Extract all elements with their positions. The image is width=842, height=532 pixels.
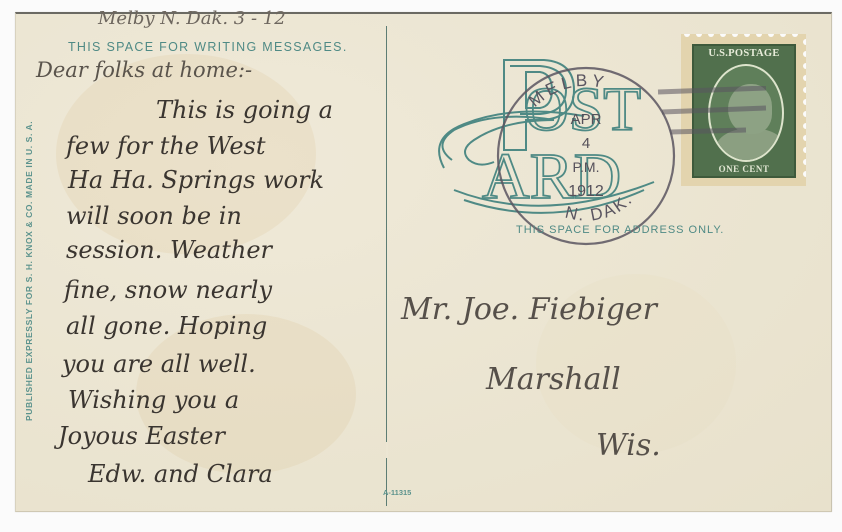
message-line: This is going a bbox=[156, 96, 333, 124]
cancellation-bars bbox=[656, 86, 776, 146]
message-line: all gone. Hoping bbox=[66, 312, 267, 340]
center-divider-line bbox=[386, 26, 387, 506]
svg-text:4: 4 bbox=[582, 135, 590, 152]
message-space-header: THIS SPACE FOR WRITING MESSAGES. bbox=[68, 40, 348, 54]
message-line: will soon be in bbox=[66, 202, 242, 230]
message-line: fine, snow nearly bbox=[64, 276, 272, 304]
message-line: session. Weather bbox=[66, 236, 272, 264]
svg-text:MELBY: MELBY bbox=[525, 71, 609, 111]
handwritten-dateline: Melby N. Dak. 3 - 12 bbox=[98, 8, 286, 29]
message-line: Joyous Easter bbox=[58, 422, 225, 450]
address-name: Mr. Joe. Fiebiger bbox=[401, 292, 657, 327]
message-line: Dear folks at home:- bbox=[36, 58, 252, 82]
message-line: you are all well. bbox=[62, 350, 256, 378]
reference-number: A-11315 bbox=[383, 488, 411, 497]
address-city: Marshall bbox=[486, 362, 621, 397]
message-line: Wishing you a bbox=[68, 386, 239, 414]
svg-text:APR: APR bbox=[571, 111, 602, 128]
message-signature: Edw. and Clara bbox=[88, 460, 273, 488]
stamp-top-text: U.S.POSTAGE bbox=[694, 48, 794, 59]
publisher-line: PUBLISHED EXPRESSLY FOR S. H. KNOX & CO.… bbox=[24, 121, 34, 421]
divider-gap bbox=[386, 442, 388, 458]
message-line: few for the West bbox=[66, 132, 266, 160]
address-space-header: THIS SPACE FOR ADDRESS ONLY. bbox=[516, 224, 724, 236]
address-state: Wis. bbox=[596, 428, 661, 463]
svg-text:P.M.: P.M. bbox=[573, 159, 600, 175]
svg-text:1912: 1912 bbox=[568, 183, 604, 200]
postcard: THIS SPACE FOR WRITING MESSAGES. PUBLISH… bbox=[15, 12, 832, 512]
message-line: Ha Ha. Springs work bbox=[68, 166, 324, 194]
stamp-bottom-text: ONE CENT bbox=[694, 164, 794, 174]
